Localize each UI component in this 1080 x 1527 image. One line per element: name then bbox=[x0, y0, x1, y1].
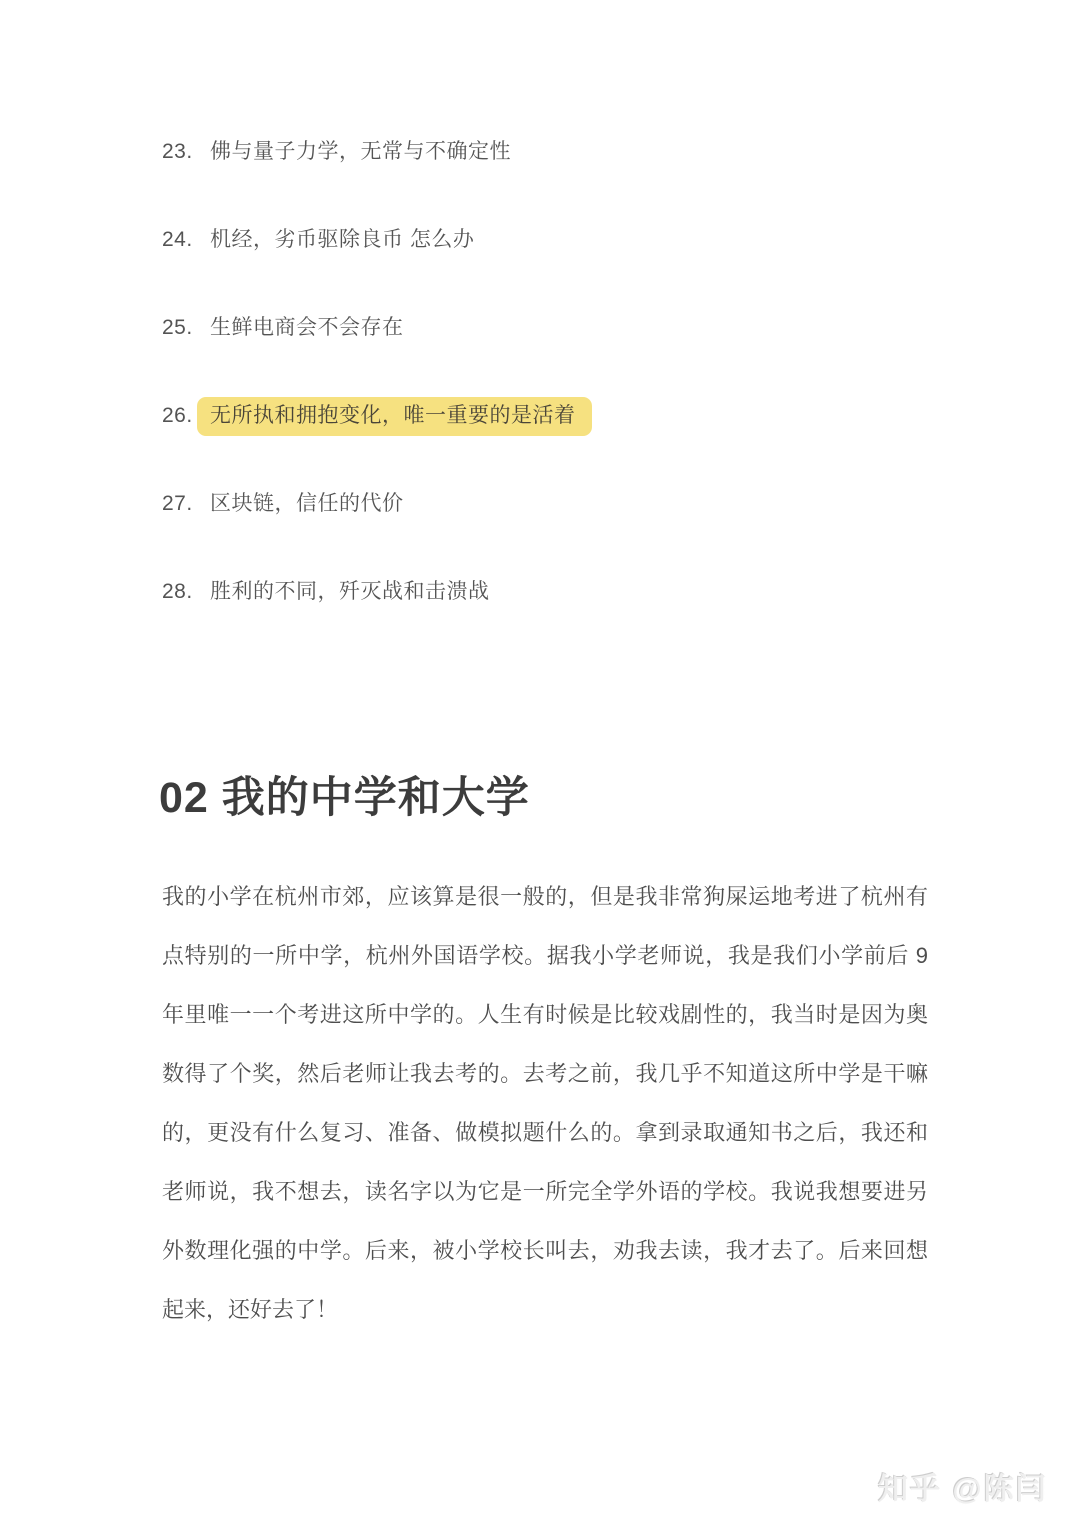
list-item-text-highlighted: 无所执和拥抱变化，唯一重要的是活着 bbox=[197, 397, 592, 436]
paragraph-line: 数得了个奖，然后老师让我去考的。去考之前，我几乎不知道这所中学是干嘛 bbox=[162, 1044, 928, 1103]
list-item-text: 机经，劣币驱除良币 怎么办 bbox=[210, 226, 474, 254]
list-item: 24. 机经，劣币驱除良币 怎么办 bbox=[162, 226, 592, 314]
list-item-text: 区块链，信任的代价 bbox=[210, 490, 404, 518]
list-item: 27. 区块链，信任的代价 bbox=[162, 490, 592, 578]
paragraph-line: 老师说，我不想去，读名字以为它是一所完全学外语的学校。我说我想要进另 bbox=[162, 1162, 928, 1221]
list-item-text: 胜利的不同，歼灭战和击溃战 bbox=[210, 578, 490, 606]
list-item-number: 28. bbox=[162, 578, 210, 606]
list-item: 25. 生鲜电商会不会存在 bbox=[162, 314, 592, 402]
zhihu-watermark: 知乎 @陈闫 bbox=[878, 1464, 1048, 1508]
numbered-list: 23. 佛与量子力学，无常与不确定性 24. 机经，劣币驱除良币 怎么办 25.… bbox=[162, 138, 592, 666]
list-item-number: 25. bbox=[162, 314, 210, 342]
article-paragraph: 我的小学在杭州市郊，应该算是很一般的，但是我非常狗屎运地考进了杭州有 点特别的一… bbox=[162, 867, 928, 1339]
list-item: 28. 胜利的不同，歼灭战和击溃战 bbox=[162, 578, 592, 666]
list-item-number: 23. bbox=[162, 138, 210, 166]
paragraph-line: 起来，还好去了！ bbox=[162, 1280, 928, 1339]
paragraph-line: 的，更没有什么复习、准备、做模拟题什么的。拿到录取通知书之后，我还和 bbox=[162, 1103, 928, 1162]
document-page: 23. 佛与量子力学，无常与不确定性 24. 机经，劣币驱除良币 怎么办 25.… bbox=[0, 0, 1080, 1527]
list-item-text: 生鲜电商会不会存在 bbox=[210, 314, 404, 342]
section-heading: 02 我的中学和大学 bbox=[159, 764, 530, 825]
paragraph-line: 点特别的一所中学，杭州外国语学校。据我小学老师说，我是我们小学前后 9 bbox=[162, 926, 928, 985]
list-item: 23. 佛与量子力学，无常与不确定性 bbox=[162, 138, 592, 226]
paragraph-line: 年里唯一一个考进这所中学的。人生有时候是比较戏剧性的，我当时是因为奥 bbox=[162, 985, 928, 1044]
list-item-text: 佛与量子力学，无常与不确定性 bbox=[210, 138, 511, 166]
list-item-number: 24. bbox=[162, 226, 210, 254]
list-item-number: 27. bbox=[162, 490, 210, 518]
paragraph-line: 外数理化强的中学。后来，被小学校长叫去，劝我去读，我才去了。后来回想 bbox=[162, 1221, 928, 1280]
list-item: 26. 无所执和拥抱变化，唯一重要的是活着 bbox=[162, 402, 592, 490]
paragraph-line: 我的小学在杭州市郊，应该算是很一般的，但是我非常狗屎运地考进了杭州有 bbox=[162, 867, 928, 926]
